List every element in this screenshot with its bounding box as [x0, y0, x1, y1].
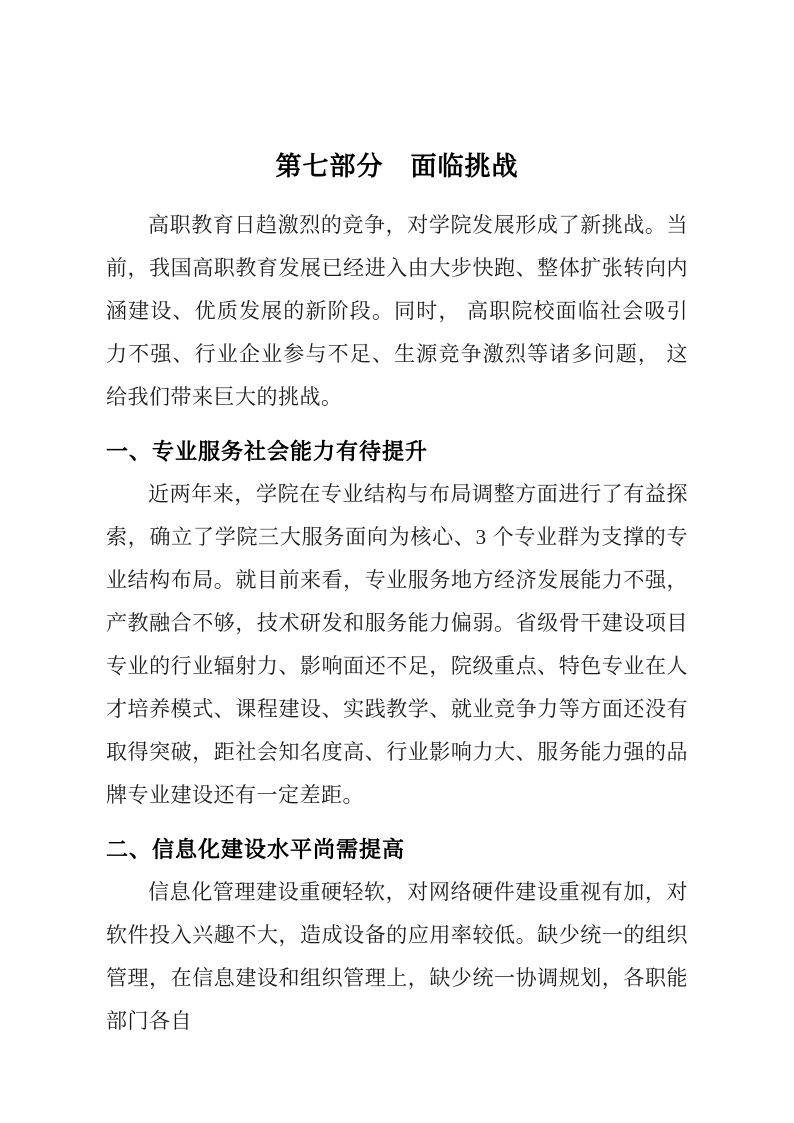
section-body-2: 信息化管理建设重硬轻软，对网络硬件建设重视有加，对软件投入兴趣不大，造成设备的应…	[106, 871, 688, 1043]
document-page: 第七部分 面临挑战 高职教育日趋激烈的竞争，对学院发展形成了新挑战。当前，我国高…	[0, 0, 794, 1123]
section-heading-2: 二、信息化建设水平尚需提高	[106, 828, 688, 871]
section-heading-1: 一、专业服务社会能力有待提升	[106, 430, 688, 473]
intro-paragraph: 高职教育日趋激烈的竞争，对学院发展形成了新挑战。当前，我国高职教育发展已经进入由…	[106, 204, 688, 419]
document-title: 第七部分 面临挑战	[106, 145, 688, 188]
section-body-1: 近两年来，学院在专业结构与布局调整方面进行了有益探索，确立了学院三大服务面向为核…	[106, 473, 688, 817]
